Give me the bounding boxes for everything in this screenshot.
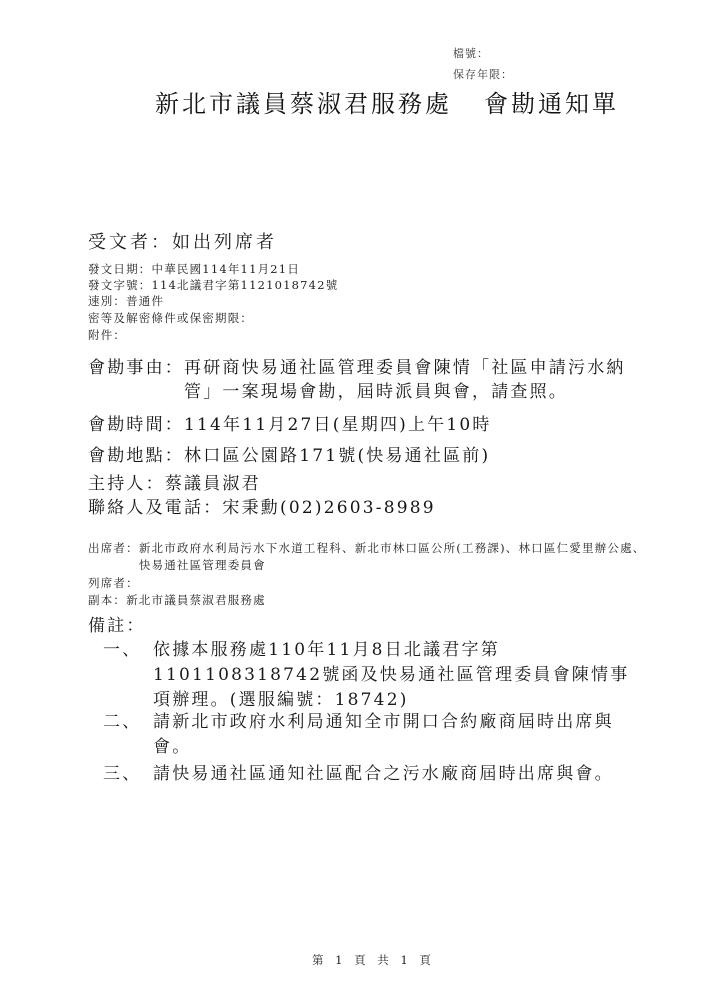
recipient: 受文者：如出列席者	[88, 228, 277, 254]
note-number: 二、	[103, 710, 153, 760]
inspection-place-value: 林口區公園路171號(快易通社區前)	[184, 446, 490, 466]
observers: 列席者：	[88, 575, 139, 592]
file-number-label: 檔號：	[453, 45, 489, 61]
contact-label: 聯絡人及電話：	[88, 498, 222, 518]
page-indicator: 第 1 頁 共 1 頁	[312, 952, 435, 968]
observers-label: 列席者：	[88, 576, 139, 590]
note-text: 請快易通社區通知社區配合之污水廠商屆時出席與會。	[153, 762, 643, 787]
retention-period-label: 保存年限：	[453, 66, 513, 82]
secrecy-level: 密等及解密條件或保密期限：	[88, 310, 253, 326]
office-name: 新北市議員蔡淑君服務處	[155, 90, 452, 118]
copy-label: 副本：	[88, 593, 126, 607]
inspection-reason-label: 會勘事由：	[88, 356, 184, 404]
inspection-time-label: 會勘時間：	[88, 415, 184, 435]
attendees-value: 新北市政府水利局污水下水道工程科、新北市林口區公所(工務課)、林口區仁愛里辦公處…	[139, 540, 648, 574]
copy-value: 新北市議員蔡淑君服務處	[126, 593, 266, 607]
contact-value: 宋秉勳(02)2603-8989	[222, 498, 435, 518]
host-label: 主持人：	[88, 474, 165, 494]
inspection-reason-value: 再研商快易通社區管理委員會陳情「社區申請污水納管」一案現場會勘，屆時派員與會，請…	[184, 356, 648, 404]
inspection-time-value: 114年11月27日(星期四)上午10時	[184, 415, 492, 435]
note-text: 依據本服務處110年11月8日北議君字第1101108318742號函及快易通社…	[153, 638, 643, 713]
inspection-place-label: 會勘地點：	[88, 446, 184, 466]
note-number: 三、	[103, 762, 153, 787]
host: 主持人：蔡議員淑君	[88, 469, 261, 494]
delivery-speed: 速別：普通件	[88, 293, 164, 309]
note-item: 三、 請快易通社區通知社區配合之污水廠商屆時出席與會。	[103, 762, 643, 787]
recipient-label: 受文者：	[88, 232, 172, 253]
issue-date: 發文日期：中華民國114年11月21日	[88, 261, 300, 277]
attendees: 出席者： 新北市政府水利局污水下水道工程科、新北市林口區公所(工務課)、林口區仁…	[88, 540, 648, 574]
inspection-time: 會勘時間：114年11月27日(星期四)上午10時	[88, 410, 492, 435]
note-text: 請新北市政府水利局通知全市開口合約廠商屆時出席與會。	[153, 710, 643, 760]
attachments: 附件：	[88, 327, 126, 343]
note-item: 一、 依據本服務處110年11月8日北議君字第1101108318742號函及快…	[103, 638, 643, 713]
issue-number: 發文字號：114北議君字第1121018742號	[88, 277, 338, 293]
host-value: 蔡議員淑君	[165, 474, 261, 494]
inspection-reason: 會勘事由： 再研商快易通社區管理委員會陳情「社區申請污水納管」一案現場會勘，屆時…	[88, 356, 648, 404]
recipient-value: 如出列席者	[172, 232, 277, 253]
document-type: 會勘通知單	[484, 90, 619, 118]
copy-to: 副本：新北市議員蔡淑君服務處	[88, 592, 266, 609]
note-item: 二、 請新北市政府水利局通知全市開口合約廠商屆時出席與會。	[103, 710, 643, 760]
document-title: 新北市議員蔡淑君服務處會勘通知單	[155, 84, 619, 119]
note-number: 一、	[103, 638, 153, 713]
notes-label: 備註：	[88, 611, 146, 636]
inspection-place: 會勘地點：林口區公園路171號(快易通社區前)	[88, 441, 490, 466]
contact: 聯絡人及電話：宋秉勳(02)2603-8989	[88, 493, 436, 518]
attendees-label: 出席者：	[88, 540, 139, 574]
